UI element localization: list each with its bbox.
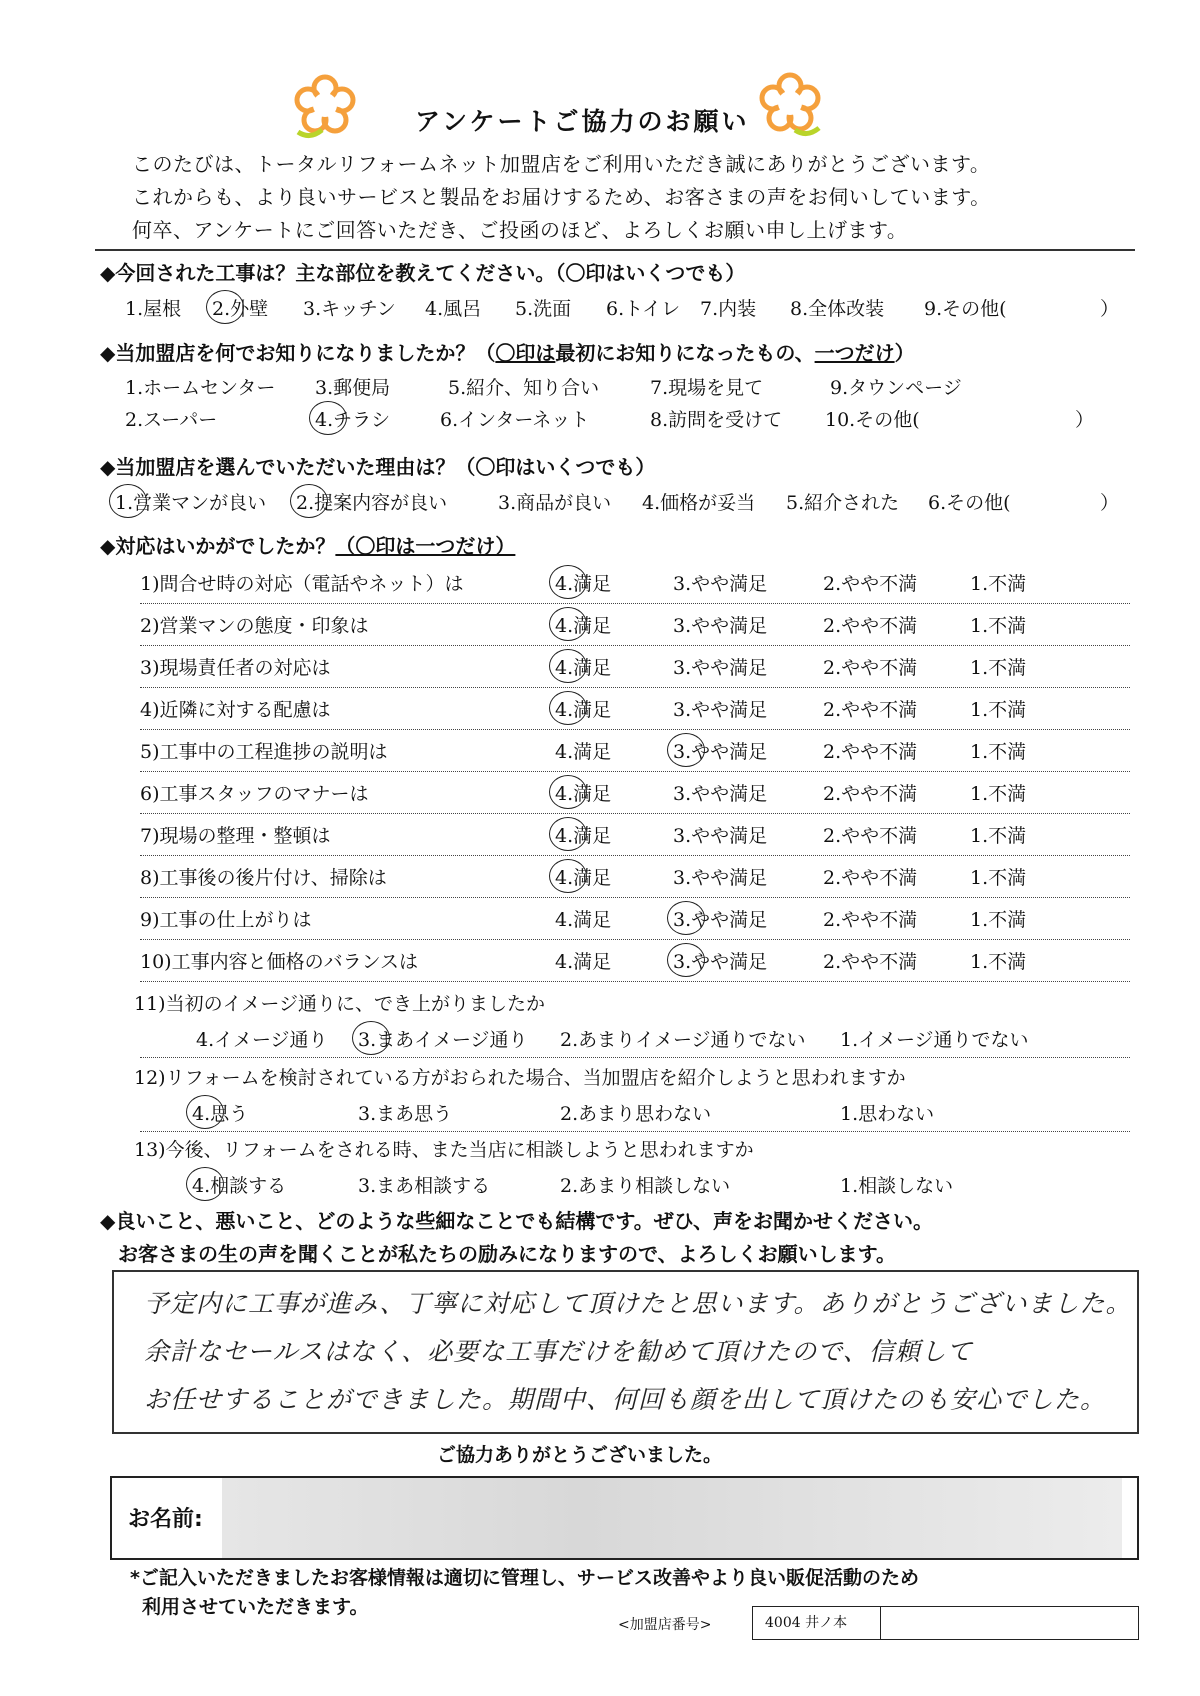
comments-subheading: お客さまの生の声を聞くことが私たちの励みになりますので、よろしくお願いします。 bbox=[118, 1238, 896, 1267]
q4-option-somewhat-satisfied[interactable]: 3.やや満足 bbox=[673, 611, 767, 638]
q4-option-somewhat-satisfied[interactable]: 3.やや満足 bbox=[673, 737, 767, 764]
comment-box[interactable]: 予定内に工事が進み、丁寧に対応して頂けたと思います。ありがとうございました。 余… bbox=[112, 1270, 1139, 1434]
q3-heading: ◆当加盟店を選んでいただいた理由は？（〇印はいくつでも） bbox=[100, 451, 655, 480]
q2-heading: ◆当加盟店を何でお知りになりましたか？（〇印は最初にお知りになったもの、一つだけ… bbox=[100, 337, 915, 366]
q4-option-somewhat-dissatisfied[interactable]: 2.やや不満 bbox=[823, 779, 917, 806]
q11-label: 11)当初のイメージ通りに、でき上がりましたか bbox=[134, 989, 545, 1016]
q4-row-6: 6)工事スタッフのマナーは 4.満足 3.やや満足 2.やや不満 1.不満 bbox=[140, 773, 1130, 814]
q2-option-other[interactable]: 10.その他( bbox=[825, 405, 920, 432]
q4-row-11: 11)当初のイメージ通りに、でき上がりましたか 4.イメージ通り 3.まあイメー… bbox=[140, 985, 1130, 1058]
flower-icon-right bbox=[755, 68, 825, 138]
q12-option-1[interactable]: 4.思う bbox=[192, 1099, 248, 1126]
q13-option-2[interactable]: 3.まあ相談する bbox=[358, 1171, 490, 1198]
q4-row-2: 2)営業マンの態度・印象は 4.満足 3.やや満足 2.やや不満 1.不満 bbox=[140, 605, 1130, 646]
store-number-label: <加盟店番号> bbox=[618, 1614, 711, 1634]
q4-option-somewhat-dissatisfied[interactable]: 2.やや不満 bbox=[823, 653, 917, 680]
thanks-text: ご協力ありがとうございました。 bbox=[437, 1440, 722, 1467]
q3-option-proposal[interactable]: 2.提案内容が良い bbox=[296, 488, 447, 515]
name-field-redacted[interactable] bbox=[222, 1478, 1122, 1558]
q4-option-dissatisfied[interactable]: 1.不満 bbox=[970, 905, 1026, 932]
q4-row-label: 10)工事内容と価格のバランスは bbox=[140, 947, 418, 974]
q4-option-satisfied[interactable]: 4.満足 bbox=[555, 779, 611, 806]
q4-row-label: 6)工事スタッフのマナーは bbox=[140, 779, 369, 806]
q1-option-kitchen[interactable]: 3.キッチン bbox=[303, 294, 396, 321]
q4-option-somewhat-dissatisfied[interactable]: 2.やや不満 bbox=[823, 863, 917, 890]
q4-row-9: 9)工事の仕上がりは 4.満足 3.やや満足 2.やや不満 1.不満 bbox=[140, 899, 1130, 940]
q1-heading: ◆今回された工事は？主な部位を教えてください。（〇印はいくつでも） bbox=[100, 257, 745, 286]
q4-row-8: 8)工事後の後片付け、掃除は 4.満足 3.やや満足 2.やや不満 1.不満 bbox=[140, 857, 1130, 898]
q4-row-label: 2)営業マンの態度・印象は bbox=[140, 611, 369, 638]
q3-option-product[interactable]: 3.商品が良い bbox=[498, 488, 611, 515]
q4-option-somewhat-satisfied[interactable]: 3.やや満足 bbox=[673, 821, 767, 848]
comment-line-3: お任せすることができました。期間中、何回も顔を出して頂けたのも安心でした。 bbox=[144, 1380, 1106, 1416]
q4-option-somewhat-satisfied[interactable]: 3.やや満足 bbox=[673, 695, 767, 722]
q4-option-dissatisfied[interactable]: 1.不満 bbox=[970, 737, 1026, 764]
q4-option-dissatisfied[interactable]: 1.不満 bbox=[970, 611, 1026, 638]
privacy-line-1: *ご記入いただきましたお客様情報は適切に管理し、サービス改善やより良い販促活動の… bbox=[130, 1563, 919, 1590]
q4-option-somewhat-dissatisfied[interactable]: 2.やや不満 bbox=[823, 821, 917, 848]
q4-option-somewhat-dissatisfied[interactable]: 2.やや不満 bbox=[823, 695, 917, 722]
comments-heading: ◆良いこと、悪いこと、どのような些細なことでも結構です。ぜひ、声をお聞かせくださ… bbox=[100, 1205, 933, 1234]
q1-option-other-close: ） bbox=[1100, 294, 1119, 321]
q11-option-2[interactable]: 3.まあイメージ通り bbox=[358, 1025, 528, 1052]
q4-option-dissatisfied[interactable]: 1.不満 bbox=[970, 821, 1026, 848]
q3-option-other[interactable]: 6.その他( bbox=[928, 488, 1011, 515]
intro-line-2: これからも、より良いサービスと製品をお届けするため、お客さまの声をお伺いしていま… bbox=[132, 181, 991, 210]
q4-option-satisfied[interactable]: 4.満足 bbox=[555, 569, 611, 596]
q13-label: 13)今後、リフォームをされる時、また当店に相談しようと思われますか bbox=[134, 1135, 754, 1162]
q2-option-saw-site[interactable]: 7.現場を見て bbox=[650, 373, 763, 400]
q4-row-5: 5)工事中の工程進捗の説明は 4.満足 3.やや満足 2.やや不満 1.不満 bbox=[140, 731, 1130, 772]
q4-row-4: 4)近隣に対する配慮は 4.満足 3.やや満足 2.やや不満 1.不満 bbox=[140, 689, 1130, 730]
store-number-box: 4004 井ノ本 bbox=[752, 1606, 1139, 1640]
comment-line-1: 予定内に工事が進み、丁寧に対応して頂けたと思います。ありがとうございました。 bbox=[144, 1284, 1132, 1320]
q12-label: 12)リフォームを検討されている方がおられた場合、当加盟店を紹介しようと思われま… bbox=[134, 1063, 906, 1090]
q4-row-1: 1)問合せ時の対応（電話やネット）は 4.満足 3.やや満足 2.やや不満 1.… bbox=[140, 563, 1130, 604]
name-box: お名前: bbox=[110, 1476, 1139, 1560]
page-title: アンケートご協力のお願い bbox=[415, 102, 750, 138]
q4-row-13: 13)今後、リフォームをされる時、また当店に相談しようと思われますか 4.相談す… bbox=[140, 1131, 1130, 1203]
q2-option-town-page[interactable]: 9.タウンページ bbox=[830, 373, 962, 400]
q1-option-exterior-wall[interactable]: 2.外壁 bbox=[212, 294, 268, 321]
q1-option-bath[interactable]: 4.風呂 bbox=[425, 294, 481, 321]
q4-option-somewhat-satisfied[interactable]: 3.やや満足 bbox=[673, 947, 767, 974]
q4-option-somewhat-dissatisfied[interactable]: 2.やや不満 bbox=[823, 905, 917, 932]
q4-row-label: 3)現場責任者の対応は bbox=[140, 653, 331, 680]
q4-row-label: 4)近隣に対する配慮は bbox=[140, 695, 331, 722]
q4-option-dissatisfied[interactable]: 1.不満 bbox=[970, 863, 1026, 890]
q4-row-label: 1)問合せ時の対応（電話やネット）は bbox=[140, 569, 464, 596]
q4-option-somewhat-dissatisfied[interactable]: 2.やや不満 bbox=[823, 611, 917, 638]
q4-option-dissatisfied[interactable]: 1.不満 bbox=[970, 695, 1026, 722]
q4-row-label: 7)現場の整理・整頓は bbox=[140, 821, 331, 848]
q4-option-somewhat-satisfied[interactable]: 3.やや満足 bbox=[673, 569, 767, 596]
q4-option-dissatisfied[interactable]: 1.不満 bbox=[970, 569, 1026, 596]
q12-option-3[interactable]: 2.あまり思わない bbox=[560, 1099, 711, 1126]
q4-option-somewhat-satisfied[interactable]: 3.やや満足 bbox=[673, 653, 767, 680]
flower-icon-left bbox=[290, 70, 360, 140]
q4-option-satisfied[interactable]: 4.満足 bbox=[555, 905, 611, 932]
q4-option-satisfied[interactable]: 4.満足 bbox=[555, 737, 611, 764]
q4-option-satisfied[interactable]: 4.満足 bbox=[555, 611, 611, 638]
divider bbox=[95, 249, 1135, 251]
q2-option-internet[interactable]: 6.インターネット bbox=[440, 405, 589, 432]
q2-option-home-center[interactable]: 1.ホームセンター bbox=[125, 373, 275, 400]
q1-option-interior[interactable]: 7.内装 bbox=[700, 294, 756, 321]
q2-option-flyer[interactable]: 4.チラシ bbox=[315, 405, 390, 432]
q1-option-toilet[interactable]: 6.トイレ bbox=[606, 294, 680, 321]
q13-option-4[interactable]: 1.相談しない bbox=[840, 1171, 953, 1198]
q13-option-3[interactable]: 2.あまり相談しない bbox=[560, 1171, 730, 1198]
intro-line-3: 何卒、アンケートにご回答いただき、ご投函のほど、よろしくお願い申し上げます。 bbox=[132, 214, 907, 243]
q2-option-post-office[interactable]: 3.郵便局 bbox=[315, 373, 390, 400]
q13-option-1[interactable]: 4.相談する bbox=[192, 1171, 286, 1198]
q4-row-label: 9)工事の仕上がりは bbox=[140, 905, 312, 932]
q2-option-other-close: ） bbox=[1075, 405, 1094, 432]
name-label: お名前: bbox=[128, 1502, 203, 1533]
q4-option-satisfied[interactable]: 4.満足 bbox=[555, 695, 611, 722]
q12-option-2[interactable]: 3.まあ思う bbox=[358, 1099, 452, 1126]
q4-option-somewhat-dissatisfied[interactable]: 2.やや不満 bbox=[823, 569, 917, 596]
q3-option-introduced[interactable]: 5.紹介された bbox=[786, 488, 899, 515]
q12-option-4[interactable]: 1.思わない bbox=[840, 1099, 934, 1126]
q4-option-satisfied[interactable]: 4.満足 bbox=[555, 863, 611, 890]
q4-row-10: 10)工事内容と価格のバランスは 4.満足 3.やや満足 2.やや不満 1.不満 bbox=[140, 941, 1130, 982]
q4-row-12: 12)リフォームを検討されている方がおられた場合、当加盟店を紹介しようと思われま… bbox=[140, 1059, 1130, 1132]
q4-option-somewhat-satisfied[interactable]: 3.やや満足 bbox=[673, 863, 767, 890]
q4-option-somewhat-dissatisfied[interactable]: 2.やや不満 bbox=[823, 737, 917, 764]
q2-option-referral[interactable]: 5.紹介、知り合い bbox=[448, 373, 599, 400]
q4-option-satisfied[interactable]: 4.満足 bbox=[555, 947, 611, 974]
privacy-line-2: 利用させていただきます。 bbox=[142, 1592, 368, 1619]
q4-option-dissatisfied[interactable]: 1.不満 bbox=[970, 947, 1026, 974]
q1-option-washroom[interactable]: 5.洗面 bbox=[515, 294, 571, 321]
q4-row-label: 8)工事後の後片付け、掃除は bbox=[140, 863, 387, 890]
q4-row-label: 5)工事中の工程進捗の説明は bbox=[140, 737, 388, 764]
q11-option-3[interactable]: 2.あまりイメージ通りでない bbox=[560, 1025, 806, 1052]
q1-option-full-renovation[interactable]: 8.全体改装 bbox=[790, 294, 884, 321]
q4-option-dissatisfied[interactable]: 1.不満 bbox=[970, 653, 1026, 680]
intro-line-1: このたびは、トータルリフォームネット加盟店をご利用いただき誠にありがとうございま… bbox=[132, 148, 990, 177]
q4-option-somewhat-satisfied[interactable]: 3.やや満足 bbox=[673, 905, 767, 932]
q4-option-dissatisfied[interactable]: 1.不満 bbox=[970, 779, 1026, 806]
q4-row-3: 3)現場責任者の対応は 4.満足 3.やや満足 2.やや不満 1.不満 bbox=[140, 647, 1130, 688]
q4-option-satisfied[interactable]: 4.満足 bbox=[555, 653, 611, 680]
q4-heading: ◆対応はいかがでしたか？（〇印は一つだけ） bbox=[100, 530, 515, 559]
q4-option-somewhat-satisfied[interactable]: 3.やや満足 bbox=[673, 779, 767, 806]
q2-option-visit[interactable]: 8.訪問を受けて bbox=[650, 405, 782, 432]
store-number-value: 4004 井ノ本 bbox=[753, 1607, 881, 1639]
q3-option-other-close: ） bbox=[1100, 488, 1119, 515]
q4-option-satisfied[interactable]: 4.満足 bbox=[555, 821, 611, 848]
q11-option-4[interactable]: 1.イメージ通りでない bbox=[840, 1025, 1029, 1052]
q1-option-other[interactable]: 9.その他( bbox=[924, 294, 1007, 321]
q4-row-7: 7)現場の整理・整頓は 4.満足 3.やや満足 2.やや不満 1.不満 bbox=[140, 815, 1130, 856]
q1-option-roof[interactable]: 1.屋根 bbox=[125, 294, 181, 321]
comment-line-2: 余計なセールスはなく、必要な工事だけを勧めて頂けたので、信頼して bbox=[144, 1332, 973, 1368]
q3-option-salesperson[interactable]: 1.営業マンが良い bbox=[115, 488, 266, 515]
q4-option-somewhat-dissatisfied[interactable]: 2.やや不満 bbox=[823, 947, 917, 974]
q11-option-1[interactable]: 4.イメージ通り bbox=[196, 1025, 328, 1052]
q2-option-supermarket[interactable]: 2.スーパー bbox=[125, 405, 217, 432]
q3-option-price[interactable]: 4.価格が妥当 bbox=[642, 488, 755, 515]
